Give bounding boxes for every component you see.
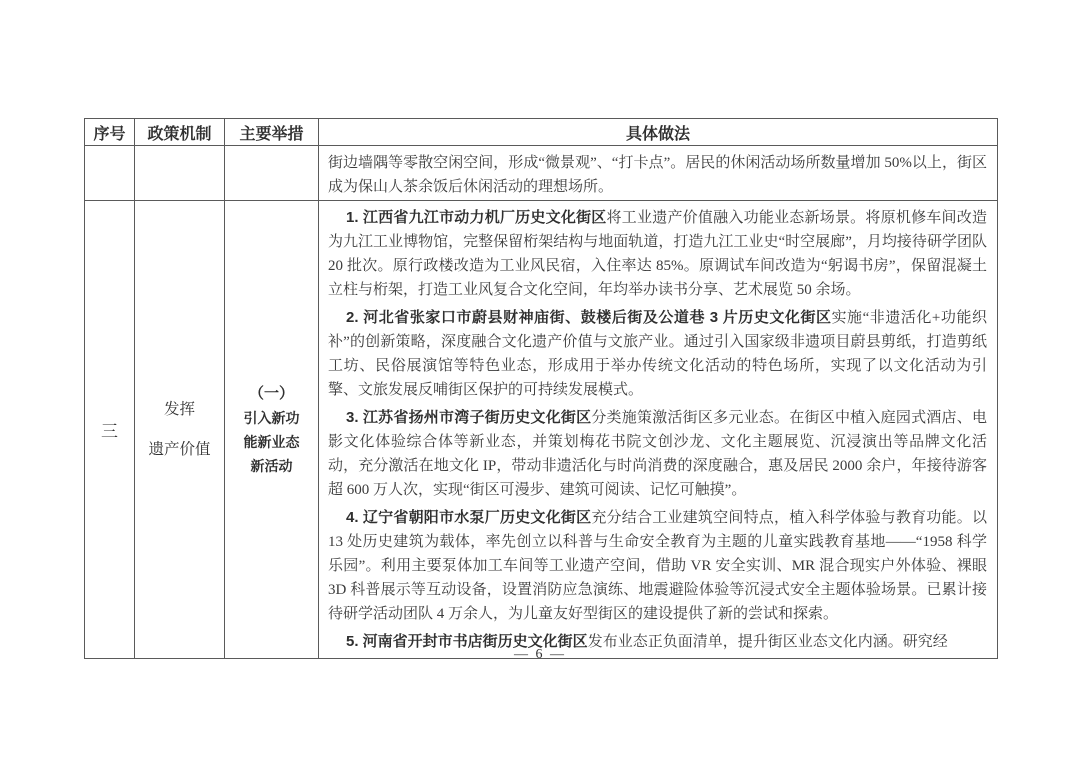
practice-paragraph-1: 1. 江西省九江市动力机厂历史文化街区将工业遗产价值融入功能业态新场景。将原机修…: [328, 206, 987, 302]
continuation-mechanism-cell: [135, 146, 225, 201]
continuation-text: 街边墙隅等零散空闲空间，形成“微景观”、“打卡点”。居民的休闲活动场所数量增加 …: [319, 147, 997, 199]
page-number: — 6 —: [0, 647, 1080, 663]
header-practices: 具体做法: [319, 119, 998, 146]
mechanism-line: 发挥: [135, 400, 224, 420]
table-header-row: 序号 政策机制 主要举措 具体做法: [85, 119, 998, 146]
mechanism-line: 遗产价值: [135, 440, 224, 460]
policy-table: 序号 政策机制 主要举措 具体做法 街边墙隅等零散空闲空间，形成“微景观”、“打…: [84, 118, 998, 659]
practice-1-lead: 1. 江西省九江市动力机厂历史文化街区: [346, 209, 607, 226]
document-page: 序号 政策机制 主要举措 具体做法 街边墙隅等零散空闲空间，形成“微景观”、“打…: [0, 0, 1080, 764]
table-row: 三 发挥 遗产价值 （一） 引入新功能新业态新活动 1. 江西省九江市动力机厂历…: [85, 201, 998, 659]
practice-4-lead: 4. 辽宁省朝阳市水泵厂历史文化街区: [346, 509, 591, 526]
mechanism-cell: 发挥 遗产价值: [135, 201, 225, 659]
measure-cell: （一） 引入新功能新业态新活动: [225, 201, 319, 659]
serial-cell: 三: [85, 201, 135, 659]
practice-paragraph-4: 4. 辽宁省朝阳市水泵厂历史文化街区充分结合工业建筑空间特点，植入科学体验与教育…: [328, 506, 987, 626]
continuation-serial-cell: [85, 146, 135, 201]
continuation-row: 街边墙隅等零散空闲空间，形成“微景观”、“打卡点”。居民的休闲活动场所数量增加 …: [85, 146, 998, 201]
practice-paragraph-2: 2. 河北省张家口市蔚县财神庙街、鼓楼后街及公道巷 3 片历史文化街区实施“非遗…: [328, 306, 987, 402]
header-mechanism: 政策机制: [135, 119, 225, 146]
practice-2-lead: 2. 河北省张家口市蔚县财神庙街、鼓楼后街及公道巷 3 片历史文化街区: [346, 309, 832, 326]
practice-4-body: 充分结合工业建筑空间特点，植入科学体验与教育功能。以 13 处历史建筑为载体，率…: [328, 510, 987, 622]
header-measures: 主要举措: [225, 119, 319, 146]
practice-3-lead: 3. 江苏省扬州市湾子街历史文化街区: [346, 409, 591, 426]
continuation-practices-cell: 街边墙隅等零散空闲空间，形成“微景观”、“打卡点”。居民的休闲活动场所数量增加 …: [319, 146, 998, 201]
measure-title: 引入新功能新业态新活动: [242, 406, 302, 478]
continuation-measure-cell: [225, 146, 319, 201]
practice-paragraph-3: 3. 江苏省扬州市湾子街历史文化街区分类施策激活街区多元业态。在街区中植入庭园式…: [328, 406, 987, 502]
practices-text: 1. 江西省九江市动力机厂历史文化街区将工业遗产价值融入功能业态新场景。将原机修…: [319, 201, 997, 654]
header-serial: 序号: [85, 119, 135, 146]
practices-cell: 1. 江西省九江市动力机厂历史文化街区将工业遗产价值融入功能业态新场景。将原机修…: [319, 201, 998, 659]
measure-number: （一）: [225, 382, 318, 406]
